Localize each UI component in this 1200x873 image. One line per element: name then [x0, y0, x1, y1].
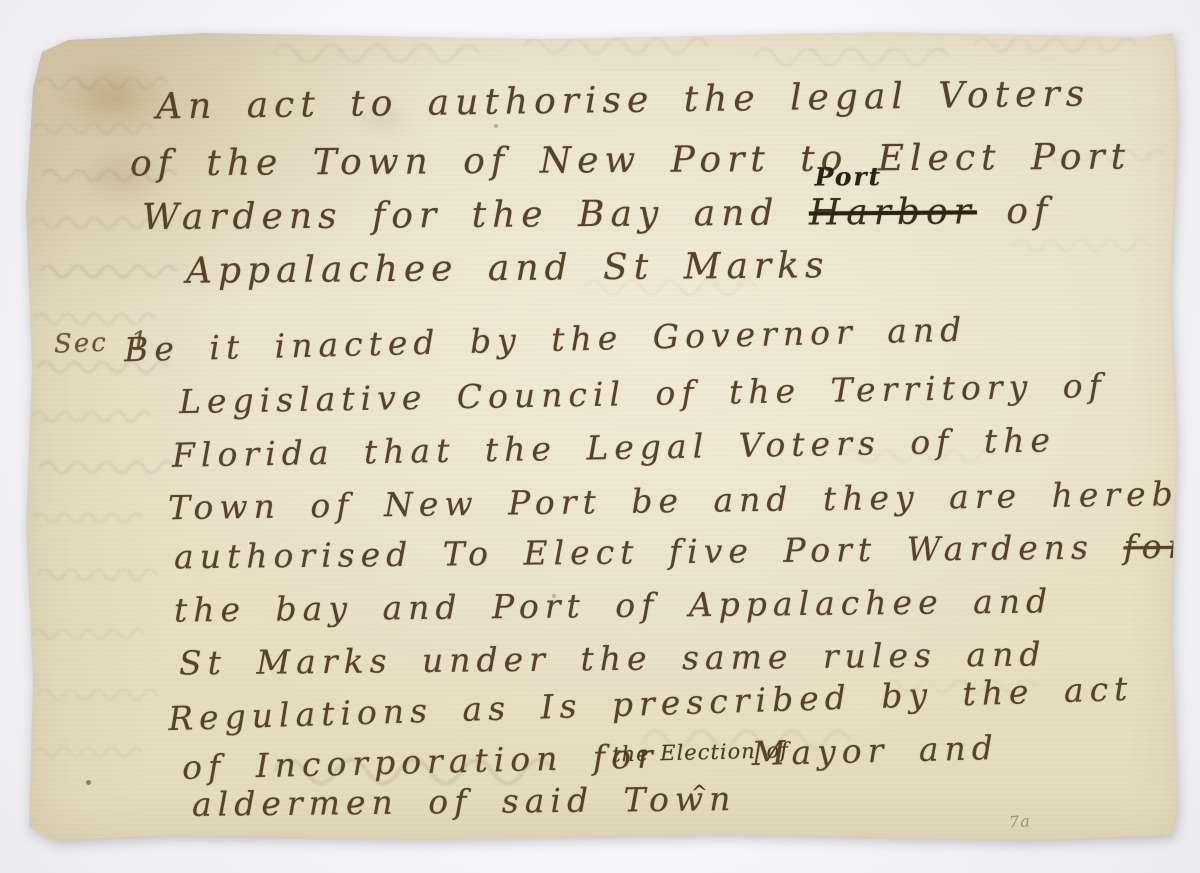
title-text: of the Town of New Port to Elect Port [130, 137, 1131, 185]
insertion-point: the Election of ^ [688, 766, 722, 767]
title-text: of [1006, 191, 1053, 232]
body-text: aldermen of said Town [192, 779, 737, 824]
body-line-9: of Incorporation for the Election of ^ M… [182, 728, 1000, 787]
manuscript-paper: An act to authorise the legal Voters of … [24, 28, 1178, 841]
body-line-4: Town of New Port be and they are hereby [168, 474, 1200, 527]
inserted-word-port: Port [815, 162, 883, 191]
body-line-10: aldermen of said Town [192, 779, 737, 824]
ink-speck [86, 780, 91, 785]
title-line-3: Wardens for the Bay and Port Harbor of [142, 191, 1054, 238]
scanned-document: An act to authorise the legal Voters of … [0, 0, 1200, 873]
body-text: authorised To Elect five Port Wardens [174, 528, 1094, 577]
archival-page-mark: 7a [1008, 811, 1031, 831]
title-line-4: Appalachee and St Marks [186, 245, 830, 292]
archival-page-mark-text: 7a [1008, 811, 1031, 831]
body-text: of Incorporation for [182, 736, 660, 787]
body-line-3: Florida that the Legal Voters of the [172, 420, 1057, 474]
body-line-5: authorised To Elect five Port Wardens fo… [174, 527, 1190, 577]
title-line-2: of the Town of New Port to Elect Port [130, 137, 1131, 185]
body-text: Be it inacted by the Governor and [124, 310, 968, 370]
title-text: Wardens for the Bay and [142, 193, 780, 238]
title-line-1: An act to authorise the legal Voters [156, 73, 1091, 127]
body-text: Legislative Council of the Territory of [179, 366, 1107, 421]
body-text: Town of New Port be and they are hereby [168, 474, 1200, 527]
ink-speck [494, 124, 498, 128]
title-text: An act to authorise the legal Voters [156, 73, 1091, 127]
foxing-stain [52, 58, 172, 136]
correction-harbor-to-port: Port Harbor [809, 191, 977, 233]
struck-word-harbor: Harbor [809, 191, 977, 233]
body-text: Florida that the Legal Voters of the [172, 420, 1057, 474]
inserted-phrase-the-election-of: the Election of [612, 738, 789, 766]
title-text: Appalachee and St Marks [186, 245, 830, 292]
struck-word-for: for [1123, 527, 1189, 567]
body-line-6: the bay and Port of Appalachee and [174, 581, 1054, 629]
body-line-2: Legislative Council of the Territory of [179, 366, 1107, 421]
body-text: the bay and Port of Appalachee and [174, 581, 1054, 629]
body-line-1: Be it inacted by the Governor and [124, 310, 968, 370]
